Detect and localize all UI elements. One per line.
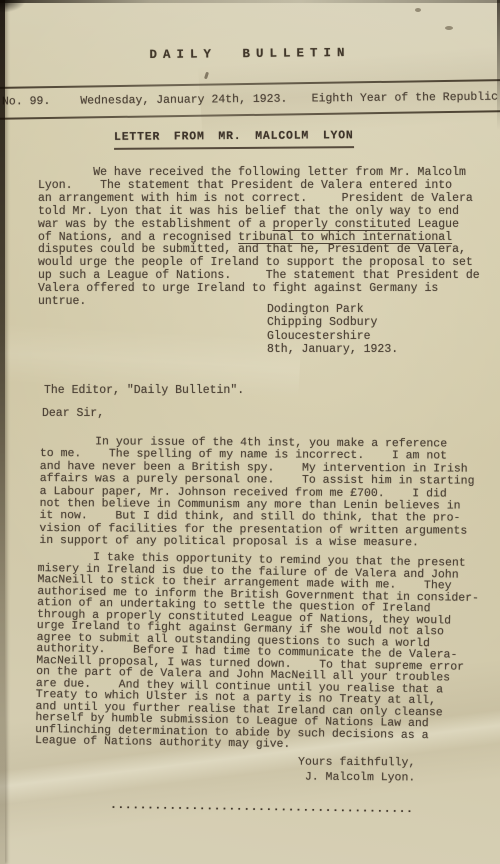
dotted-divider: ........................................…: [110, 800, 414, 817]
addressee-line: The Editor, "Daily Bulletin".: [44, 385, 244, 398]
closing-block: Yours faithfully, J. Malcolm Lyon.: [298, 756, 416, 786]
closing-line: Yours faithfully,: [298, 756, 415, 771]
page-corner-topleft: [0, 0, 36, 18]
ink-smudge: [204, 72, 209, 80]
masthead-title: DAILY BULLETIN: [0, 45, 500, 63]
page-edge-left: [0, 0, 5, 864]
issue-number: No. 99.: [2, 95, 50, 108]
sender-address: Dodington Park Chipping Sodbury Gloucest…: [267, 303, 398, 357]
salutation: Dear Sir,: [42, 408, 104, 421]
page-edge-top: [0, 0, 500, 3]
era-label: Eighth Year of the Republic: [312, 91, 498, 106]
ink-smudge: [445, 26, 453, 30]
letter-paragraph-1: In your issue of the 4th inst, you make …: [39, 436, 474, 550]
article-headline: LETTER FROM MR. MALCOLM LYON: [114, 130, 354, 150]
issue-date: Wednesday, January 24th, 1923.: [80, 93, 287, 108]
signature-line: J. Malcolm Lyon.: [298, 770, 415, 785]
intro-text-3: disputes could be submitted, and that he…: [38, 243, 480, 308]
letter-paragraph-2: I take this opportunity to remind you th…: [35, 551, 480, 753]
underlined-phrase-2: tribunal to which international: [238, 231, 452, 244]
paper-page: DAILY BULLETIN No. 99.Wednesday, January…: [0, 0, 500, 864]
intro-paragraph: We have received the following letter fr…: [38, 167, 480, 309]
divider-rule-top: [0, 79, 500, 89]
dateline: No. 99.Wednesday, January 24th, 1923.Eig…: [2, 91, 498, 109]
underlined-phrase-1: properly constituted: [273, 218, 411, 231]
divider-rule-bottom: [0, 110, 500, 120]
ink-smudge: [415, 8, 421, 12]
